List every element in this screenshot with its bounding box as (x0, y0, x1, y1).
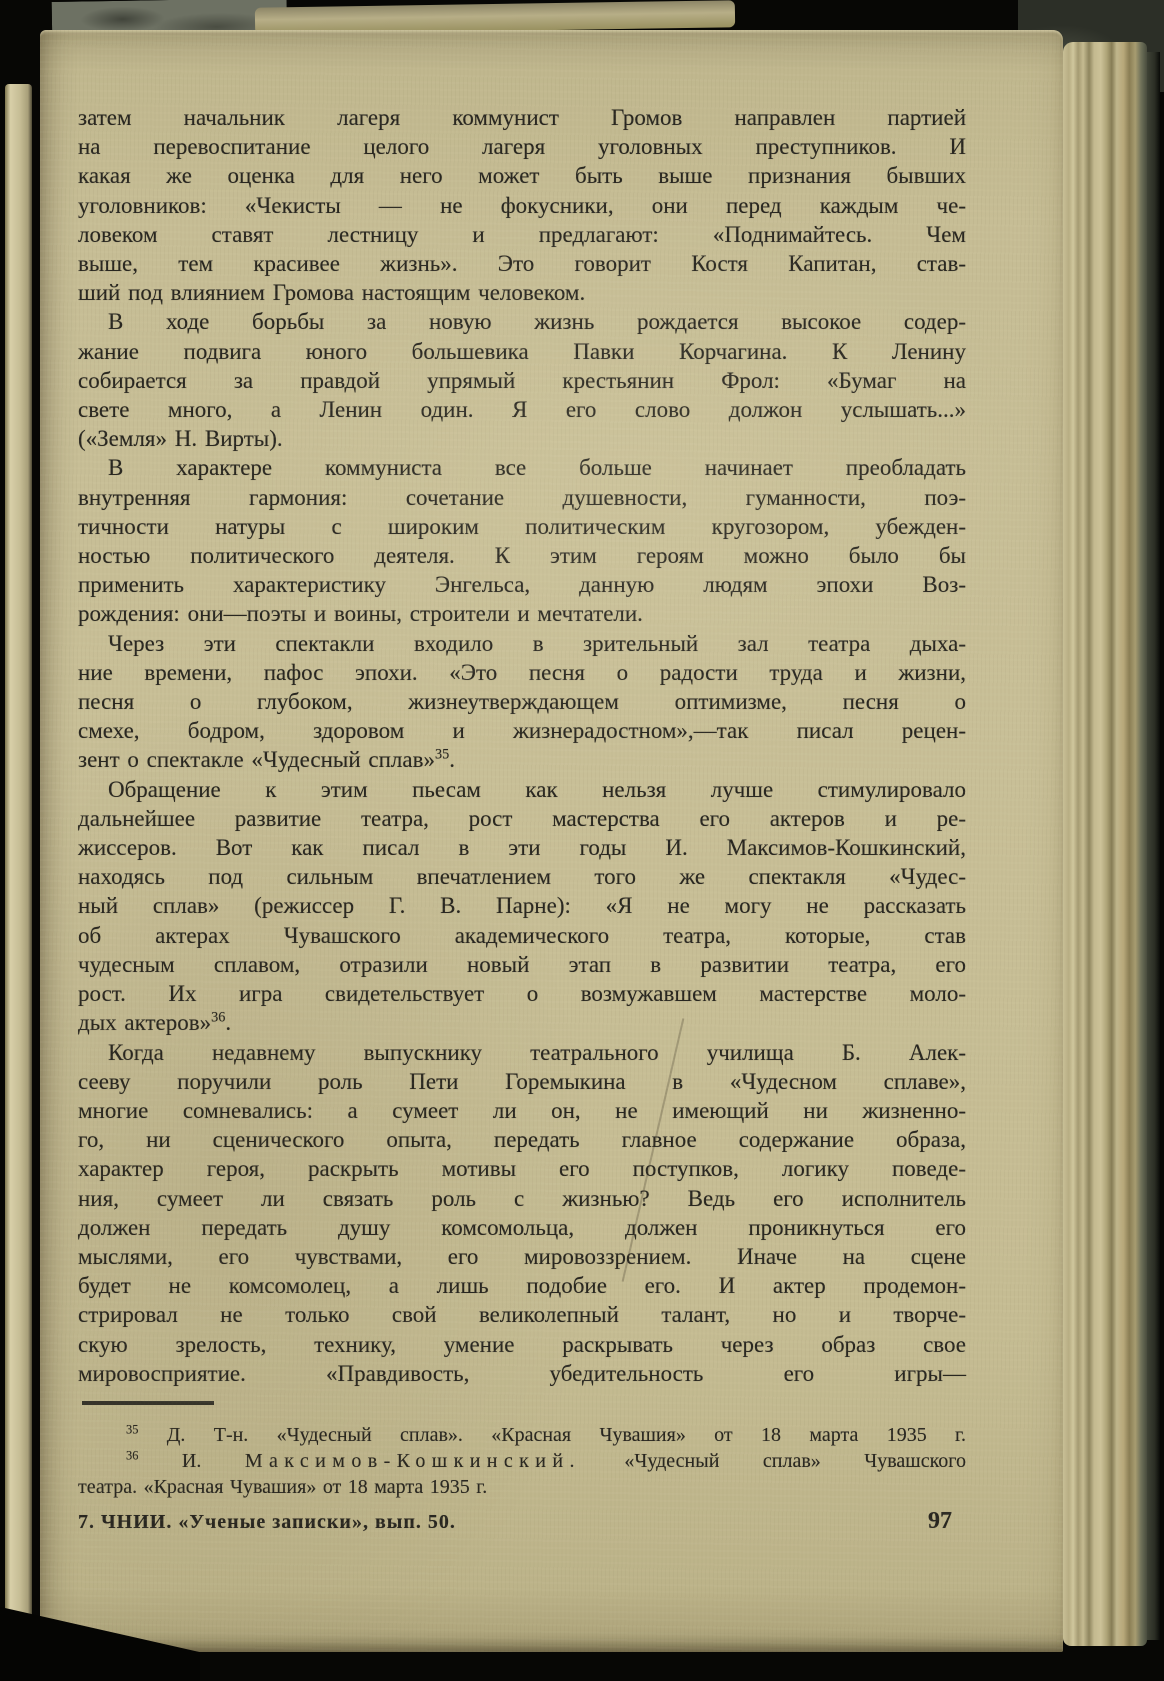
back-cover-edge (1147, 52, 1160, 1640)
text-line: на перевоспитание целого лагеря уголовны… (78, 132, 966, 161)
paragraph: В характере коммуниста все больше начина… (78, 453, 966, 628)
text-line: уголовников: «Чекисты — не фокусники, он… (78, 191, 966, 220)
page-number: 97 (928, 1508, 966, 1535)
text-run: тичности натуры с широким политическим к… (78, 514, 966, 539)
text-run: . (225, 1010, 231, 1035)
text-line: ностью политического деятеля. К этим гер… (78, 541, 966, 570)
text-line: ния, сумеет ли связать роль с жизнью? Ве… (78, 1184, 966, 1213)
text-run: ния, сумеет ли связать роль с жизнью? Ве… (78, 1186, 966, 1211)
text-run: об актерах Чувашского академического теа… (78, 923, 966, 948)
text-line: стрировал не только свой великолепный та… (78, 1300, 966, 1329)
text-run: должен передать душу комсомольца, должен… (78, 1215, 966, 1240)
text-run: зент о спектакле «Чудесный сплав» (78, 747, 435, 772)
text-line: об актерах Чувашского академического теа… (78, 921, 966, 950)
footnote-separator-rule (82, 1401, 214, 1405)
text-line: жиссеров. Вот как писал в эти годы И. Ма… (78, 833, 966, 862)
footnote-marker: 36 (211, 1010, 225, 1026)
text-run: выше, тем красивее жизнь». Это говорит К… (78, 251, 966, 276)
text-run: го, ни сценического опыта, передать глав… (78, 1127, 966, 1152)
text-run: на перевоспитание целого лагеря уголовны… (78, 134, 966, 159)
printers-signature-line: 7. ЧНИИ. «Ученые записки», вып. 50. (78, 1511, 456, 1534)
text-run: жание подвига юного большевика Павки Кор… (78, 339, 966, 364)
text-line: будет не комсомолец, а лишь подобие его.… (78, 1271, 966, 1300)
paragraph: затем начальник лагеря коммунист Громов … (78, 103, 966, 307)
text-run: ный сплав» (режиссер Г. В. Парне): «Я не… (78, 893, 966, 918)
text-run: «Чудесный сплав» Чувашского (581, 1450, 966, 1472)
text-line: дых актеров»36. (78, 1008, 966, 1037)
text-line: мировосприятие. «Правдивость, убедительн… (78, 1359, 966, 1388)
text-run: песня о глубоком, жизнеутверждающем опти… (78, 689, 966, 714)
text-line: рост. Их игра свидетельствует о возмужав… (78, 979, 966, 1008)
text-run: Обращение к этим пьесам как нельзя лучше… (108, 777, 966, 802)
text-line: песня о глубоком, жизнеутверждающем опти… (78, 687, 966, 716)
text-line: характер героя, раскрыть мотивы его пост… (78, 1154, 966, 1183)
text-line: зент о спектакле «Чудесный сплав»35. (78, 745, 966, 774)
text-run: Когда недавнему выпускнику театрального … (108, 1040, 966, 1065)
body-text-block: затем начальник лагеря коммунист Громов … (78, 103, 966, 1388)
footnote-marker: 36 (126, 1448, 138, 1462)
text-run: дальнейшее развитие театра, рост мастерс… (78, 806, 966, 831)
text-run: внутренняя гармония: сочетание душевност… (78, 485, 966, 510)
page-block-fore-edge (1063, 42, 1147, 1646)
text-run: мировосприятие. «Правдивость, убедительн… (78, 1361, 966, 1386)
text-run: ние времени, пафос эпохи. «Это песня о р… (78, 660, 966, 685)
text-run: свете много, а Ленин один. Я его слово д… (78, 397, 966, 422)
text-run: будет не комсомолец, а лишь подобие его.… (78, 1273, 966, 1298)
text-line: применить характеристику Энгельса, данну… (78, 570, 966, 599)
text-line: ловеком ставят лестницу и предлагают: «П… (78, 220, 966, 249)
text-line: свете много, а Ленин один. Я его слово д… (78, 395, 966, 424)
text-run: характер героя, раскрыть мотивы его пост… (78, 1156, 966, 1181)
text-line: внутренняя гармония: сочетание душевност… (78, 483, 966, 512)
text-line: ший под влиянием Громова настоящим челов… (78, 278, 966, 307)
paragraph: Когда недавнему выпускнику театрального … (78, 1038, 966, 1388)
text-line: рождения: они—поэты и воины, строители и… (78, 599, 966, 628)
text-line: театра. «Красная Чувашия» от 18 марта 19… (78, 1474, 966, 1500)
text-run: уголовников: «Чекисты — не фокусники, он… (78, 193, 966, 218)
text-run: («Земля» Н. Вирты). (78, 426, 283, 451)
text-run: чудесным сплавом, отразили новый этап в … (78, 952, 966, 977)
text-line: должен передать душу комсомольца, должен… (78, 1213, 966, 1242)
text-line: Обращение к этим пьесам как нельзя лучше… (78, 775, 966, 804)
text-line: мыслями, его чувствами, его мировоззрени… (78, 1242, 966, 1271)
text-line: жание подвига юного большевика Павки Кор… (78, 337, 966, 366)
text-run: применить характеристику Энгельса, данну… (78, 572, 966, 597)
text-run: ностью политического деятеля. К этим гер… (78, 543, 966, 568)
text-line: ный сплав» (режиссер Г. В. Парне): «Я не… (78, 891, 966, 920)
text-line: В ходе борьбы за новую жизнь рождается в… (78, 307, 966, 336)
text-line: выше, тем красивее жизнь». Это говорит К… (78, 249, 966, 278)
text-run: ший под влиянием Громова настоящим челов… (78, 280, 585, 305)
text-run: И. (138, 1450, 244, 1472)
text-line: В характере коммуниста все больше начина… (78, 453, 966, 482)
text-line: («Земля» Н. Вирты). (78, 424, 966, 453)
text-line: затем начальник лагеря коммунист Громов … (78, 103, 966, 132)
book-scan-photo: затем начальник лагеря коммунист Громов … (0, 0, 1164, 1681)
text-line: го, ни сценического опыта, передать глав… (78, 1125, 966, 1154)
text-line: ние времени, пафос эпохи. «Это песня о р… (78, 658, 966, 687)
text-run: жиссеров. Вот как писал в эти годы И. Ма… (78, 835, 966, 860)
text-line: смехе, бодром, здоровом и жизнерадостном… (78, 716, 966, 745)
paragraph: Через эти спектакли входило в зрительный… (78, 629, 966, 775)
text-run: стрировал не только свой великолепный та… (78, 1302, 966, 1327)
text-run: какая же оценка для него может быть выше… (78, 163, 966, 188)
text-run: мыслями, его чувствами, его мировоззрени… (78, 1244, 966, 1269)
text-run: В ходе борьбы за новую жизнь рождается в… (108, 309, 966, 334)
text-run: ловеком ставят лестницу и предлагают: «П… (78, 222, 966, 247)
footnote-marker: 35 (126, 1422, 138, 1436)
text-run: многие сомневались: а сумеет ли он, не и… (78, 1098, 966, 1123)
text-run: рост. Их игра свидетельствует о возмужав… (78, 981, 966, 1006)
scanned-page: затем начальник лагеря коммунист Громов … (40, 30, 1063, 1652)
text-line: дальнейшее развитие театра, рост мастерс… (78, 804, 966, 833)
text-line: собирается за правдой упрямый крестьянин… (78, 366, 966, 395)
text-line: сееву поручили роль Пети Горемыкина в «Ч… (78, 1067, 966, 1096)
page-footer: 7. ЧНИИ. «Ученые записки», вып. 50. 97 (78, 1508, 966, 1535)
text-run: собирается за правдой упрямый крестьянин… (78, 368, 966, 393)
text-run: рождения: они—поэты и воины, строители и… (78, 601, 643, 626)
text-run: находясь под сильным впечатлением того ж… (78, 864, 966, 889)
text-run: смехе, бодром, здоровом и жизнерадостном… (78, 718, 966, 743)
facing-page-edge (5, 84, 32, 1656)
text-run: затем начальник лагеря коммунист Громов … (78, 105, 966, 130)
text-line: чудесным сплавом, отразили новый этап в … (78, 950, 966, 979)
text-run: Через эти спектакли входило в зрительный… (108, 631, 966, 656)
text-run: скую зрелость, технику, умение раскрыват… (78, 1332, 966, 1357)
text-run: . (449, 747, 455, 772)
text-run: В характере коммуниста все больше начина… (108, 455, 966, 480)
paragraph: Обращение к этим пьесам как нельзя лучше… (78, 775, 966, 1038)
text-line: 35 Д. Т-н. «Чудесный сплав». «Красная Чу… (78, 1422, 966, 1448)
footnotes-block: 35 Д. Т-н. «Чудесный сплав». «Красная Чу… (78, 1422, 966, 1500)
text-line: какая же оценка для него может быть выше… (78, 161, 966, 190)
text-run: театра. «Красная Чувашия» от 18 марта 19… (78, 1476, 487, 1498)
text-line: многие сомневались: а сумеет ли он, не и… (78, 1096, 966, 1125)
text-line: 36 И. Максимов-Кошкинский. «Чудесный спл… (78, 1448, 966, 1474)
text-line: тичности натуры с широким политическим к… (78, 512, 966, 541)
text-run: сееву поручили роль Пети Горемыкина в «Ч… (78, 1069, 966, 1094)
text-line: находясь под сильным впечатлением того ж… (78, 862, 966, 891)
text-line: Когда недавнему выпускнику театрального … (78, 1038, 966, 1067)
footnote-marker: 35 (435, 747, 449, 763)
text-line: скую зрелость, технику, умение раскрыват… (78, 1330, 966, 1359)
text-run: Максимов-Кошкинский. (245, 1450, 581, 1472)
text-run: Д. Т-н. «Чудесный сплав». «Красная Чуваш… (138, 1424, 966, 1446)
text-run: дых актеров» (78, 1010, 211, 1035)
paragraph: В ходе борьбы за новую жизнь рождается в… (78, 307, 966, 453)
text-line: Через эти спектакли входило в зрительный… (78, 629, 966, 658)
